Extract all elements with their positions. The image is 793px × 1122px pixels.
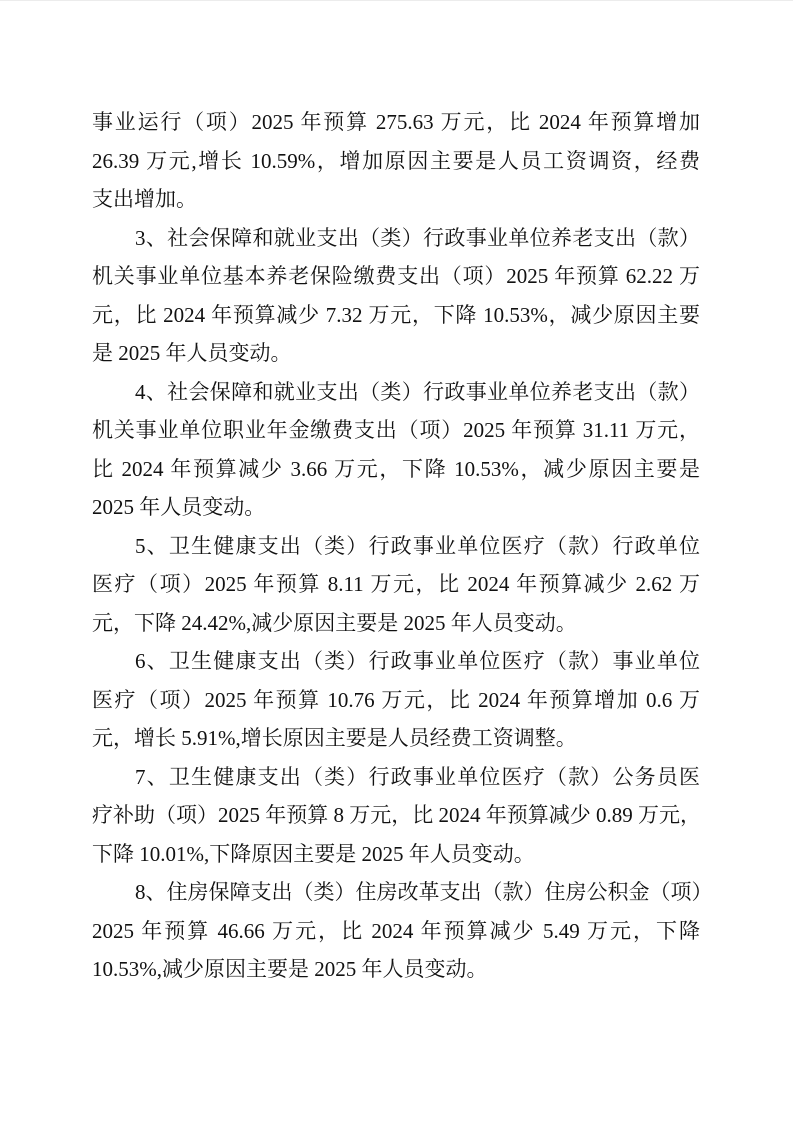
text-line: 元，下降 24.42%,减少原因主要是 2025 年人员变动。 [92, 604, 700, 643]
paragraph-item-3: 3、社会保障和就业支出（类）行政事业单位养老支出（款） 机关事业单位基本养老保险… [92, 219, 700, 373]
text-line: 医疗（项）2025 年预算 8.11 万元，比 2024 年预算减少 2.62 … [92, 565, 700, 604]
text-line: 下降 10.01%,下降原因主要是 2025 年人员变动。 [92, 835, 700, 874]
text-line: 10.53%,减少原因主要是 2025 年人员变动。 [92, 950, 700, 989]
text-line: 比 2024 年预算减少 3.66 万元，下降 10.53%，减少原因主要是 [92, 450, 700, 489]
text-line: 元，增长 5.91%,增长原因主要是人员经费工资调整。 [92, 719, 700, 758]
text-line: 6、卫生健康支出（类）行政事业单位医疗（款）事业单位 [92, 642, 700, 681]
document-page: 事业运行（项）2025 年预算 275.63 万元，比 2024 年预算增加 2… [0, 0, 793, 1122]
text-line: 7、卫生健康支出（类）行政事业单位医疗（款）公务员医 [92, 758, 700, 797]
text-line: 机关事业单位基本养老保险缴费支出（项）2025 年预算 62.22 万 [92, 257, 700, 296]
text-line: 疗补助（项）2025 年预算 8 万元，比 2024 年预算减少 0.89 万元… [92, 796, 700, 835]
paragraph-item-7: 7、卫生健康支出（类）行政事业单位医疗（款）公务员医 疗补助（项）2025 年预… [92, 758, 700, 874]
text-line: 支出增加。 [92, 180, 700, 219]
text-line: 元，比 2024 年预算减少 7.32 万元，下降 10.53%，减少原因主要 [92, 296, 700, 335]
text-line: 医疗（项）2025 年预算 10.76 万元，比 2024 年预算增加 0.6 … [92, 681, 700, 720]
text-line: 2025 年人员变动。 [92, 488, 700, 527]
text-line: 8、住房保障支出（类）住房改革支出（款）住房公积金（项） [92, 873, 700, 912]
paragraph-item-6: 6、卫生健康支出（类）行政事业单位医疗（款）事业单位 医疗（项）2025 年预算… [92, 642, 700, 758]
paragraph-item-4: 4、社会保障和就业支出（类）行政事业单位养老支出（款） 机关事业单位职业年金缴费… [92, 373, 700, 527]
text-line: 26.39 万元,增长 10.59%，增加原因主要是人员工资调资，经费 [92, 142, 700, 181]
text-line: 2025 年预算 46.66 万元，比 2024 年预算减少 5.49 万元，下… [92, 912, 700, 951]
text-line: 5、卫生健康支出（类）行政事业单位医疗（款）行政单位 [92, 527, 700, 566]
paragraph-item-5: 5、卫生健康支出（类）行政事业单位医疗（款）行政单位 医疗（项）2025 年预算… [92, 527, 700, 643]
text-line: 是 2025 年人员变动。 [92, 334, 700, 373]
text-line: 4、社会保障和就业支出（类）行政事业单位养老支出（款） [92, 373, 700, 412]
text-line: 3、社会保障和就业支出（类）行政事业单位养老支出（款） [92, 219, 700, 258]
text-line: 事业运行（项）2025 年预算 275.63 万元，比 2024 年预算增加 [92, 103, 700, 142]
paragraph-item-8: 8、住房保障支出（类）住房改革支出（款）住房公积金（项） 2025 年预算 46… [92, 873, 700, 989]
paragraph-continuation: 事业运行（项）2025 年预算 275.63 万元，比 2024 年预算增加 2… [92, 103, 700, 219]
text-line: 机关事业单位职业年金缴费支出（项）2025 年预算 31.11 万元， [92, 411, 700, 450]
